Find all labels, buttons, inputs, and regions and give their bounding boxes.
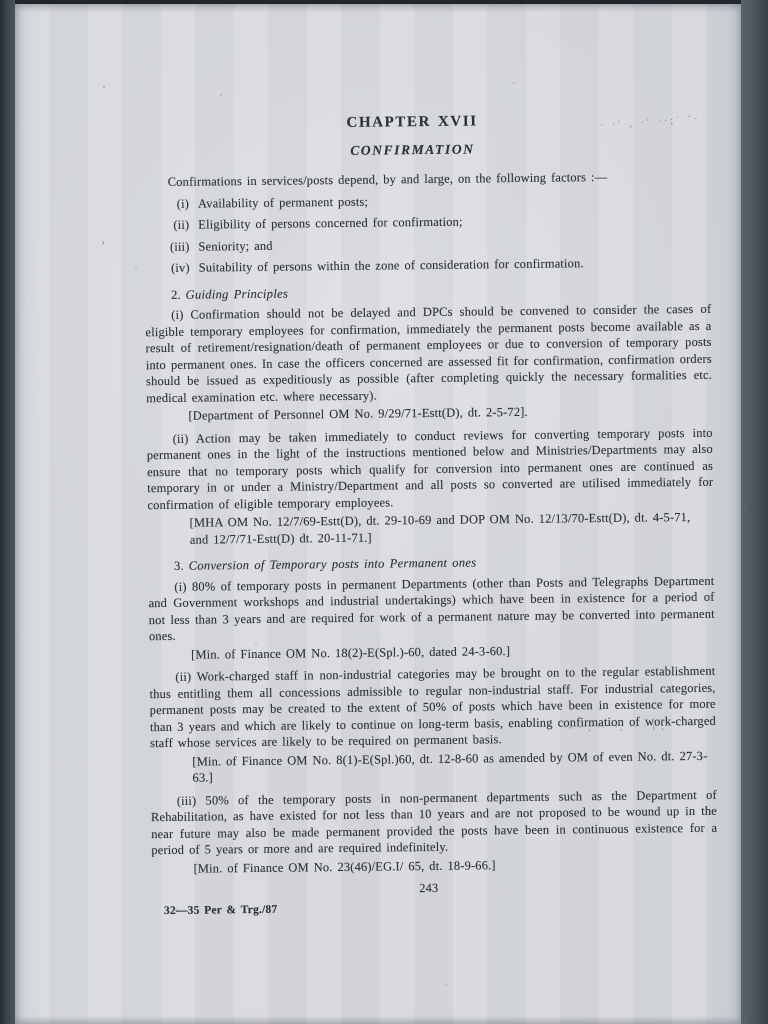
scan-specks	[15, 4, 17, 6]
section-title: Guiding Principles	[186, 286, 289, 301]
list-item-text: Suitability of persons within the zone o…	[199, 255, 584, 276]
paragraph: (i) 80% of temporary posts in permanent …	[148, 572, 715, 644]
list-item-number: (ii)	[144, 217, 198, 234]
factors-list: (i) Availability of permanent posts; (ii…	[144, 189, 711, 276]
list-item-text: Seniority; and	[198, 237, 272, 254]
list-item-number: (iv)	[145, 260, 199, 277]
scan-edge-left	[0, 0, 15, 1024]
section-number: 2.	[171, 287, 181, 301]
page-title: CONFIRMATION	[129, 138, 695, 161]
list-item-text: Eligibility of persons concerned for con…	[198, 214, 463, 233]
section-title: Conversion of Temporary posts into Perma…	[189, 555, 477, 572]
list-item: (iii) Seniority; and	[144, 232, 710, 255]
stray-mark: ’	[101, 238, 105, 254]
list-item-number: (iii)	[144, 238, 198, 255]
list-item-number: (i)	[144, 195, 198, 212]
reference-citation: [MHA OM No. 12/7/69-Estt(D), dt. 29-10-6…	[148, 509, 714, 548]
page-content: CHAPTER XVII CONFIRMATION Confirmations …	[143, 111, 718, 919]
paragraph: (ii) Action may be taken immediately to …	[147, 424, 714, 513]
scan-edge-right	[741, 0, 768, 1024]
paragraph: (ii) Work-charged staff in non-industria…	[149, 663, 716, 752]
footer-note: 32—35 Per & Trg./87	[164, 896, 718, 919]
reference-citation: [Min. of Finance OM No. 8(1)-E(Spl.)60, …	[150, 747, 716, 786]
section-heading-guiding-principles: 2. Guiding Principles	[171, 280, 711, 303]
chapter-heading: CHAPTER XVII	[129, 111, 695, 134]
list-item: (i) Availability of permanent posts;	[144, 189, 710, 212]
document-page: · ·′ ‚ ·′ ··;˙ ˜· ·~ · , ··′′·‚ ·· · ı ;…	[15, 4, 741, 1024]
paragraph: (i) Confirmation should not be delayed a…	[145, 301, 712, 406]
list-item: (ii) Eligibility of persons concerned fo…	[144, 211, 710, 234]
intro-paragraph: Confirmations in services/posts depend, …	[144, 168, 710, 191]
section-heading-conversion: 3. Conversion of Temporary posts into Pe…	[174, 552, 714, 575]
section-number: 3.	[174, 559, 184, 573]
list-item-text: Availability of permanent posts;	[198, 193, 368, 211]
list-item: (iv) Suitability of persons within the z…	[145, 254, 711, 277]
paragraph: (iii) 50% of the temporary posts in non-…	[151, 786, 718, 858]
